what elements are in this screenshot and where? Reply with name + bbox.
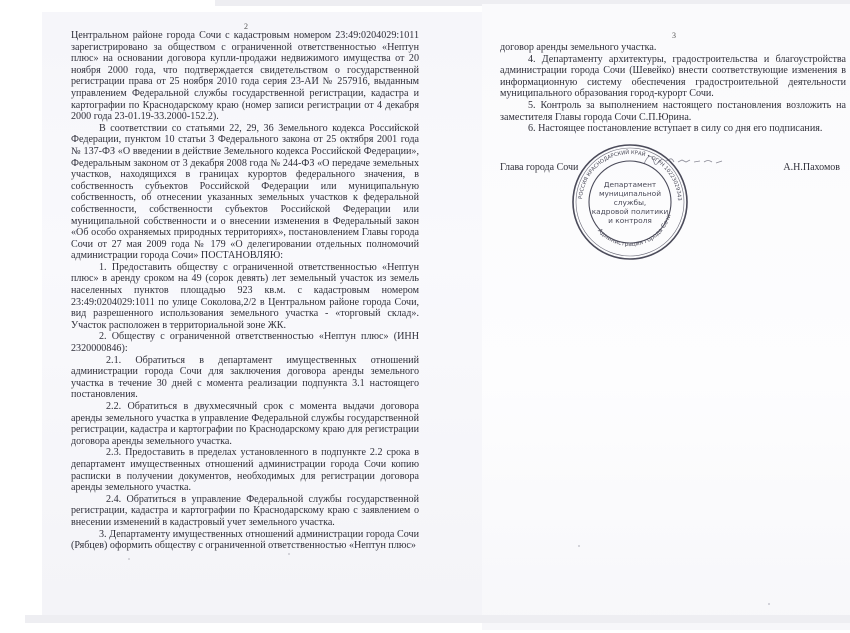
paragraph: 2.1. Обратиться в департамент имуществен… [71,355,419,401]
official-seal: РОССИЯ КРАСНОДАРСКИЙ КРАЙ • ОГРН 1022302… [570,142,690,262]
page-number-right: 3 [672,31,676,40]
right-page-text: договор аренды земельного участка.4. Деп… [500,42,846,135]
left-page-text: Центральном районе города Сочи с кадастр… [71,30,419,552]
paragraph: 2.3. Предоставить в пределах установленн… [71,447,419,493]
seal-line: муниципальной [599,189,661,198]
seal-line: Департамент [604,180,656,189]
seal-line: службы, [614,198,647,207]
paragraph: 3. Департаменту имущественных отношений … [71,529,419,552]
scanned-document: 2 3 Центральном районе города Сочи с кад… [0,0,850,633]
paragraph: 5. Контроль за выполнением настоящего по… [500,100,846,123]
signatory-title: Глава города Сочи [500,162,578,173]
signatory-name: А.Н.Пахомов [783,162,840,173]
paragraph: 2.4. Обратиться в управление Федеральной… [71,494,419,529]
seal-center-text: Департаментмуниципальнойслужбы,кадровой … [570,142,690,262]
scan-speck [288,553,290,555]
paragraph: 2. Обществу с ограниченной ответственнос… [71,331,419,354]
paragraph: 6. Настоящее постановление вступает в си… [500,123,846,135]
scan-speck [578,545,580,547]
paragraph: В соответствии со статьями 22, 29, 36 Зе… [71,123,419,262]
scan-speck [128,558,130,560]
paragraph: Центральном районе города Сочи с кадастр… [71,30,419,123]
scan-edge-bottom [25,615,850,623]
paragraph: 1. Предоставить обществу с ограниченной … [71,262,419,332]
scan-speck [768,603,770,605]
paragraph: 2.2. Обратиться в двухмесячный срок с мо… [71,401,419,447]
paragraph: договор аренды земельного участка. [500,42,846,54]
seal-line: кадровой политики [592,207,669,216]
paragraph: 4. Департаменту архитектуры, градостроит… [500,54,846,100]
seal-line: и контроля [608,216,652,225]
